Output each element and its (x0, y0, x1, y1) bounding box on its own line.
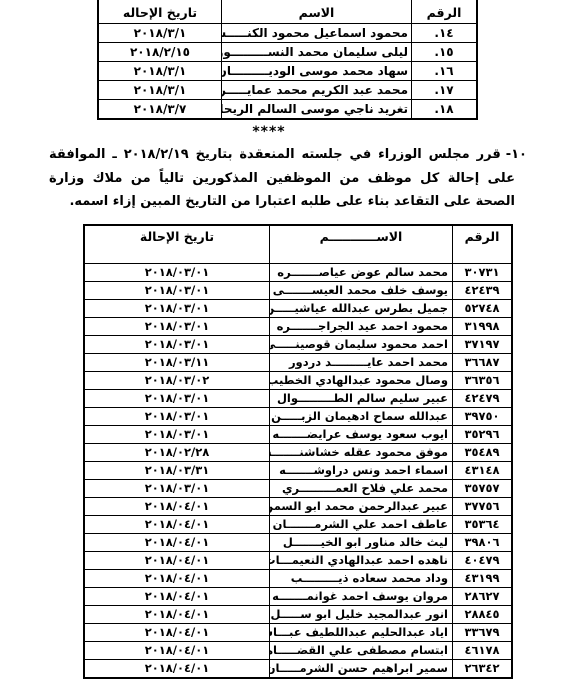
referral-date-cell: ٢٠١٨/٠٣/٠١ (84, 282, 270, 300)
employee-number-cell: ٤٣١٤٨ (453, 462, 513, 480)
employee-number-cell: ٢٦٣٤٢ (453, 660, 513, 679)
employee-name-cell: محمد علي فلاح العمـــــــــري (270, 480, 453, 498)
referral-date-cell: ٢٠١٨/٠٣/١١ (84, 354, 270, 372)
referral-date-cell: ٢٠١٨/٣/١ (98, 24, 222, 43)
col-header-name: الاســـــــــــم (270, 225, 453, 264)
employee-number-cell: ٤٠٤٧٩ (453, 552, 513, 570)
table-row: ٤٣١٩٩ وداد محمد سعاده ذيـــــــــب ٢٠١٨/… (84, 570, 512, 588)
employee-number-cell: ٢٨٨٤٥ (453, 606, 513, 624)
table-row: ٣٣٦٧٩ اياد عبدالحليم عبداللطيف عبـــاس ٢… (84, 624, 512, 642)
header-row: الرقم الاســـــــــــم تاريخ الإحالة (84, 225, 512, 264)
referral-date-cell: ٢٠١٨/٣/١ (98, 81, 222, 100)
employee-name-cell: انور عبدالمجيد خليل ابو ســـــل (270, 606, 453, 624)
employee-number-cell: ٣٩٨٠٦ (453, 534, 513, 552)
employee-name-cell: محمد سالم عوض عياصـــــــره (270, 264, 453, 282)
employee-name-cell: احمد محمود سليمان قوصينـــــي (270, 336, 453, 354)
referral-date-cell: ٢٠١٨/٠٤/٠١ (84, 624, 270, 642)
col-header-date: تاريخ الإحالة (84, 225, 270, 264)
employee-name-cell: ايوب سعود يوسف عرايضـــــــه (270, 426, 453, 444)
employee-name-cell: محمد احمد عايـــــــــد دردور (270, 354, 453, 372)
employee-number-cell: ٥٢٧٤٨ (453, 300, 513, 318)
referral-date-cell: ٢٠١٨/٠٤/٠١ (84, 588, 270, 606)
employee-number-cell: ٣٥٢٩٦ (453, 426, 513, 444)
employee-number-cell: ٤٢٤٣٩ (453, 282, 513, 300)
col-header-number: الرقم (412, 0, 478, 24)
employee-name-cell: عبير عبدالرحمن محمد ابو السمن (270, 498, 453, 516)
employee-name-cell: موفق محمود عقله خشاشنـــــــه (270, 444, 453, 462)
table-row: ٣٦٣٥٦ وصال محمود عبدالهادي الخطيب ٢٠١٨/٠… (84, 372, 512, 390)
referral-date-cell: ٢٠١٨/٣/١ (98, 62, 222, 81)
employee-name-cell: محمود اسماعيل محمود الكنـــــش (222, 24, 412, 43)
referral-date-cell: ٢٠١٨/٠٤/٠١ (84, 642, 270, 660)
employee-number-cell: ٤٦١٧٨ (453, 642, 513, 660)
employee-name-cell: وداد محمد سعاده ذيـــــــــب (270, 570, 453, 588)
referral-date-cell: ٢٠١٨/٠٣/٣١ (84, 462, 270, 480)
table-row: ٤٣١٤٨ اسماء احمد ونس دراوشـــــــه ٢٠١٨/… (84, 462, 512, 480)
table-row: ٣٥٧٥٧ محمد علي فلاح العمـــــــــري ٢٠١٨… (84, 480, 512, 498)
table-row: ١٦. سهاد محمد موسى الوديـــــــــان ٢٠١٨… (98, 62, 477, 81)
table-row: ١٥. ليلى سليمان محمد النســـــــــور ٢٠١… (98, 43, 477, 62)
referral-date-cell: ٢٠١٨/٠٣/٠١ (84, 390, 270, 408)
table-body: ١٤. محمود اسماعيل محمود الكنـــــش ٢٠١٨/… (98, 24, 477, 120)
employee-number-cell: ٣٣٦٧٩ (453, 624, 513, 642)
table-row: ٤٠٤٧٩ ناهده احمد عبدالهادي النعيمـــات ٢… (84, 552, 512, 570)
employee-number-cell: ٣١٩٩٨ (453, 318, 513, 336)
table-row: ٤٢٤٧٩ عبير سليم سالم الطـــــــــوال ٢٠١… (84, 390, 512, 408)
header-row: الرقم الاسم تاريخ الإحاله (98, 0, 477, 24)
employee-name-cell: عاطف احمد علي الشرمـــــــان (270, 516, 453, 534)
employee-number-cell: ١٥. (412, 43, 478, 62)
referral-date-cell: ٢٠١٨/٠٣/٠١ (84, 408, 270, 426)
referral-date-cell: ٢٠١٨/٠٣/٠١ (84, 318, 270, 336)
employee-name-cell: ليلى سليمان محمد النســـــــــور (222, 43, 412, 62)
referral-date-cell: ٢٠١٨/٠٤/٠١ (84, 570, 270, 588)
table-row: ٣٦٦٨٧ محمد احمد عايـــــــــد دردور ٢٠١٨… (84, 354, 512, 372)
decision-paragraph: ١٠-قرر مجلس الوزراء في جلسته المنعقدة بت… (49, 143, 527, 214)
referral-date-cell: ٢٠١٨/٠٣/٠١ (84, 480, 270, 498)
employee-number-cell: ٣٧١٩٧ (453, 336, 513, 354)
employee-name-cell: سمير ابراهيم حسن الشرمـــــان (270, 660, 453, 679)
col-header-date: تاريخ الإحاله (98, 0, 222, 24)
employee-number-cell: ٣٩٧٥٠ (453, 408, 513, 426)
table-row: ٢٦٣٤٢ سمير ابراهيم حسن الشرمـــــان ٢٠١٨… (84, 660, 512, 679)
employee-number-cell: ٣٥٤٨٩ (453, 444, 513, 462)
employee-number-cell: ٤٣١٩٩ (453, 570, 513, 588)
employee-number-cell: ٣٥٧٥٧ (453, 480, 513, 498)
table-row: ٣٥٢٩٦ ايوب سعود يوسف عرايضـــــــه ٢٠١٨/… (84, 426, 512, 444)
employee-name-cell: ابتسام مصطفى علي القضـــــاه (270, 642, 453, 660)
decision-text: قرر مجلس الوزراء في جلسته المنعقدة بتاري… (49, 147, 515, 209)
employee-name-cell: وصال محمود عبدالهادي الخطيب (270, 372, 453, 390)
employee-name-cell: تغريد ناجي موسى السالم الريحانـي (222, 100, 412, 120)
referral-date-cell: ٢٠١٨/٠٤/٠١ (84, 534, 270, 552)
table-row: ١٧. محمد عبد الكريم محمد عمايـــــره ٢٠١… (98, 81, 477, 100)
table-row: ١٤. محمود اسماعيل محمود الكنـــــش ٢٠١٨/… (98, 24, 477, 43)
employee-name-cell: سهاد محمد موسى الوديـــــــــان (222, 62, 412, 81)
employee-number-cell: ٣٧٧٥٦ (453, 498, 513, 516)
referral-date-cell: ٢٠١٨/٢/١٥ (98, 43, 222, 62)
referral-date-cell: ٢٠١٨/٠٤/٠١ (84, 516, 270, 534)
table-row: ٣١٩٩٨ محمود احمد عيد الجراجـــــــره ٢٠١… (84, 318, 512, 336)
referral-date-cell: ٢٠١٨/٠٢/٢٨ (84, 444, 270, 462)
employee-name-cell: محمد عبد الكريم محمد عمايـــــره (222, 81, 412, 100)
referral-date-cell: ٢٠١٨/٠٤/٠١ (84, 552, 270, 570)
employee-name-cell: يوسف خلف محمد العيســـــــى (270, 282, 453, 300)
table-row: ٣٧١٩٧ احمد محمود سليمان قوصينـــــي ٢٠١٨… (84, 336, 512, 354)
col-header-name: الاسم (222, 0, 412, 24)
employee-name-cell: اسماء احمد ونس دراوشـــــــه (270, 462, 453, 480)
table-row: ٣٧٧٥٦ عبير عبدالرحمن محمد ابو السمن ٢٠١٨… (84, 498, 512, 516)
employee-number-cell: ٣٦٣٥٦ (453, 372, 513, 390)
referral-date-cell: ٢٠١٨/٠٤/٠١ (84, 606, 270, 624)
employee-number-cell: ٣٦٦٨٧ (453, 354, 513, 372)
referral-date-cell: ٢٠١٨/٠٤/٠١ (84, 660, 270, 679)
decision-item-number: ١٠- (501, 147, 527, 162)
employee-name-cell: جميل بطرس عبدالله عياشيـــــن (270, 300, 453, 318)
table-row: ٢٨٨٤٥ انور عبدالمجيد خليل ابو ســـــل ٢٠… (84, 606, 512, 624)
table-row: ٣٥٤٨٩ موفق محمود عقله خشاشنـــــــه ٢٠١٨… (84, 444, 512, 462)
col-header-number: الرقم (453, 225, 513, 264)
employee-name-cell: ناهده احمد عبدالهادي النعيمـــات (270, 552, 453, 570)
table-row: ٣٩٨٠٦ ليث خالد مناور ابو الخيـــــــل ٢٠… (84, 534, 512, 552)
employee-number-cell: ٣٠٧٣١ (453, 264, 513, 282)
employee-name-cell: مروان يوسف احمد غوانمـــــــه (270, 588, 453, 606)
employee-name-cell: اياد عبدالحليم عبداللطيف عبـــاس (270, 624, 453, 642)
table-row: ٣٥٣٦٤ عاطف احمد علي الشرمـــــــان ٢٠١٨/… (84, 516, 512, 534)
employee-number-cell: ٤٢٤٧٩ (453, 390, 513, 408)
employee-number-cell: ١٦. (412, 62, 478, 81)
table-row: ٤٢٤٣٩ يوسف خلف محمد العيســـــــى ٢٠١٨/٠… (84, 282, 512, 300)
referral-date-cell: ٢٠١٨/٠٣/٠١ (84, 264, 270, 282)
document-page: { "page": {"background": "#ffffff", "tex… (0, 0, 578, 680)
employee-number-cell: ١٤. (412, 24, 478, 43)
table-row: ١٨. تغريد ناجي موسى السالم الريحانـي ٢٠١… (98, 100, 477, 120)
referral-date-cell: ٢٠١٨/٣/٧ (98, 100, 222, 120)
referral-date-cell: ٢٠١٨/٠٤/٠١ (84, 498, 270, 516)
employee-name-cell: ليث خالد مناور ابو الخيـــــــل (270, 534, 453, 552)
retirement-table-main: الرقم الاســـــــــــم تاريخ الإحالة ٣٠٧… (83, 224, 513, 679)
employee-name-cell: عبدالله سماح ادهيمان الزبـــــن (270, 408, 453, 426)
employee-name-cell: محمود احمد عيد الجراجـــــــره (270, 318, 453, 336)
employee-number-cell: ١٨. (412, 100, 478, 120)
section-separator-stars: **** (0, 124, 538, 140)
referral-date-cell: ٢٠١٨/٠٣/٠١ (84, 426, 270, 444)
table-row: ٣٠٧٣١ محمد سالم عوض عياصـــــــره ٢٠١٨/٠… (84, 264, 512, 282)
table-body: ٣٠٧٣١ محمد سالم عوض عياصـــــــره ٢٠١٨/٠… (84, 264, 512, 679)
employee-number-cell: ٣٥٣٦٤ (453, 516, 513, 534)
employee-name-cell: عبير سليم سالم الطـــــــــوال (270, 390, 453, 408)
table-row: ٢٨٦٢٧ مروان يوسف احمد غوانمـــــــه ٢٠١٨… (84, 588, 512, 606)
referral-date-cell: ٢٠١٨/٠٣/٠١ (84, 300, 270, 318)
referral-date-cell: ٢٠١٨/٠٣/٠١ (84, 336, 270, 354)
table-row: ٤٦١٧٨ ابتسام مصطفى علي القضـــــاه ٢٠١٨/… (84, 642, 512, 660)
table-row: ٣٩٧٥٠ عبدالله سماح ادهيمان الزبـــــن ٢٠… (84, 408, 512, 426)
referral-date-cell: ٢٠١٨/٠٣/٠٢ (84, 372, 270, 390)
employee-number-cell: ٢٨٦٢٧ (453, 588, 513, 606)
retirement-table-top: الرقم الاسم تاريخ الإحاله ١٤. محمود اسما… (97, 0, 478, 120)
table-row: ٥٢٧٤٨ جميل بطرس عبدالله عياشيـــــن ٢٠١٨… (84, 300, 512, 318)
employee-number-cell: ١٧. (412, 81, 478, 100)
